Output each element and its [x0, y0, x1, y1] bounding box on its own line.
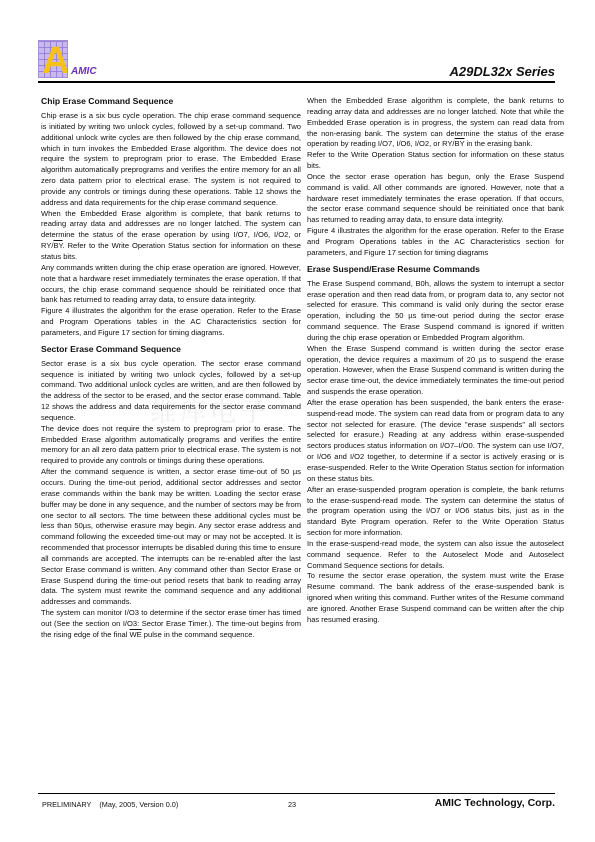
paragraph: Sector erase is a six bus cycle operatio… [41, 359, 301, 424]
page-number: 23 [288, 800, 296, 809]
logo-letter: A [42, 42, 68, 78]
paragraph: When the Embedded Erase algorithm is com… [41, 209, 301, 263]
paragraph: After the erase operation has been suspe… [307, 398, 564, 485]
section-title-erase-suspend: Erase Suspend/Erase Resume Commands [307, 264, 564, 275]
section-title-chip-erase: Chip Erase Command Sequence [41, 96, 301, 107]
footer-company: AMIC Technology, Corp. [435, 797, 555, 809]
paragraph: Any commands written during the chip era… [41, 263, 301, 306]
section-title-sector-erase: Sector Erase Command Sequence [41, 344, 301, 355]
footer-divider [38, 793, 555, 794]
header-divider [38, 81, 555, 83]
paragraph: After the command sequence is written, a… [41, 467, 301, 608]
paragraph: Figure 4 illustrates the algorithm for t… [41, 306, 301, 339]
paragraph: The device does not require the system t… [41, 424, 301, 467]
paragraph: When the Embedded Erase algorithm is com… [307, 96, 564, 150]
paragraph: In the erase-suspend-read mode, the syst… [307, 539, 564, 572]
paragraph: Figure 4 illustrates the algorithm for t… [307, 226, 564, 259]
paragraph: After an erase-suspended program operati… [307, 485, 564, 539]
amic-logo-icon: A [38, 40, 68, 78]
footer-revision: PRELIMINARY (May, 2005, Version 0.0) [42, 800, 178, 809]
page-header: A AMIC A29DL32x Series [38, 40, 555, 82]
paragraph: When the Erase Suspend command is writte… [307, 344, 564, 398]
paragraph: Once the sector erase operation has begu… [307, 172, 564, 226]
paragraph: The system can monitor I/O3 to determine… [41, 608, 301, 641]
paragraph: To resume the sector erase operation, th… [307, 571, 564, 625]
right-column: When the Embedded Erase algorithm is com… [307, 96, 564, 626]
series-title: A29DL32x Series [449, 64, 555, 79]
paragraph: The Erase Suspend command, B0h, allows t… [307, 279, 564, 344]
brand-name: AMIC [71, 66, 97, 77]
paragraph: Chip erase is a six bus cycle operation.… [41, 111, 301, 209]
left-column: Chip Erase Command Sequence Chip erase i… [41, 96, 301, 641]
paragraph: Refer to the Write Operation Status sect… [307, 150, 564, 172]
